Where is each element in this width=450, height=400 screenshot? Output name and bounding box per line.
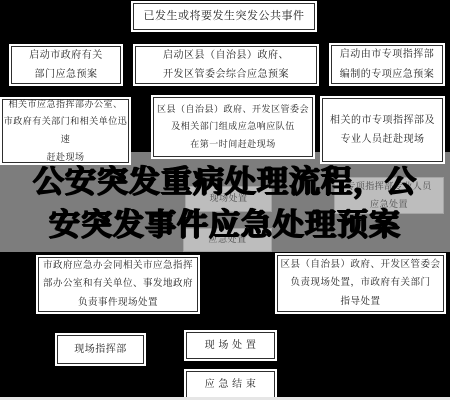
page-title: 公安突发重病处理流程，公 安突发事件应急处理预案 xyxy=(0,160,450,246)
node-city-office-handle: 市政府应急办会同相关市应急指挥 部办公室和有关单位、事发地政府 负责事件现场处置 xyxy=(38,257,198,312)
node-district-handle: 区县（自治县）政府、开发区管委会 负责现场处置，市政府有关部门 指导处置 xyxy=(277,255,444,312)
flowchart-canvas: 公安突发重病处理流程，公 安突发事件应急处理预案 已发生或将要发生突发公共事件启… xyxy=(0,0,450,400)
node-event-occurred: 已发生或将要发生突发公共事件 xyxy=(133,3,315,30)
node-special-rush-scene: 相关的市专项指挥部及 专业人员赶赴现场 xyxy=(322,98,443,162)
node-emergency-end: 应 急 结 束 xyxy=(186,371,275,398)
node-start-special-plan: 启动由市专项指挥部 编制的专项应急预案 xyxy=(331,45,443,84)
node-municipal-rush-scene: 相关市应急指挥部办公室、 市政府有关部门和相关单位迅速 赶赴现场 xyxy=(2,99,129,163)
node-district-rush-scene: 区县（自治县）政府、开发区管委会 及相关部门组成应急响应队伍 在第一时间赶赴现场 xyxy=(153,97,313,157)
node-start-municipal-plan: 启动市政府有关 部门应急预案 xyxy=(11,46,121,84)
node-site-disposal: 现 场 处 置 xyxy=(186,332,275,359)
node-start-district-plan: 启动区县（自治县）政府、 开发区管委会综合应急预案 xyxy=(135,46,317,84)
node-site-command: 现场指挥部 xyxy=(57,335,144,364)
